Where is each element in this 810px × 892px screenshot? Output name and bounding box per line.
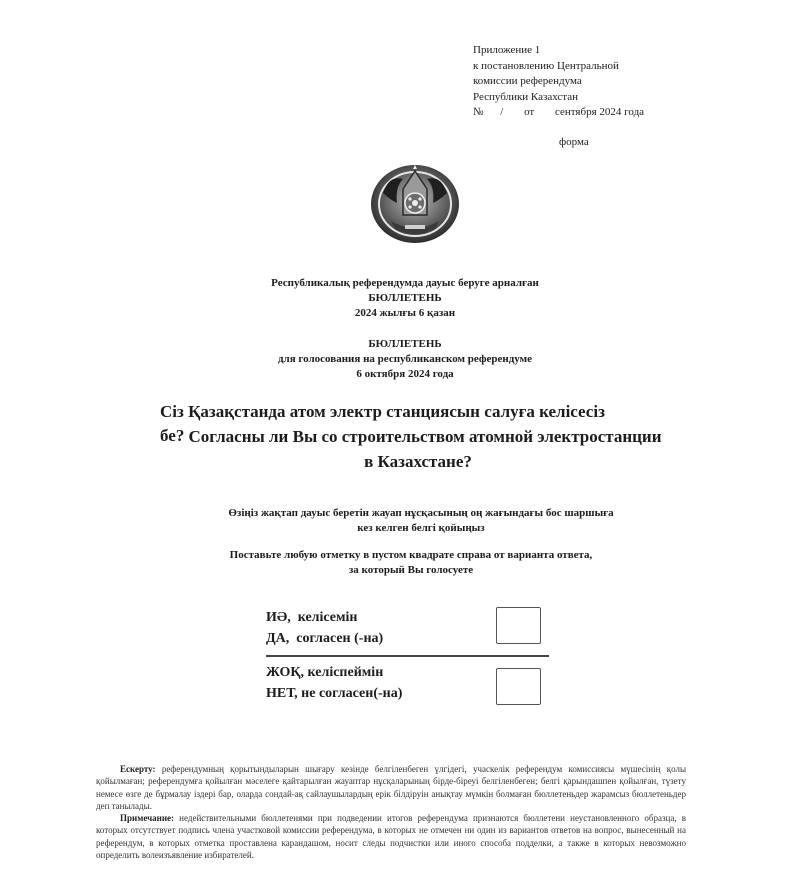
header-ru-date: 6 октября 2024 года [0, 367, 810, 382]
instructions-ru-line2: за который Вы голосуете [0, 563, 810, 578]
note-kz-label: Ескерту: [120, 764, 156, 774]
state-emblem-icon [369, 163, 461, 245]
note-ru-label: Примечание: [120, 813, 174, 823]
note-kz: Ескерту: референдумның қорытындыларын шы… [96, 763, 686, 812]
appendix-line: Республики Казахстан [473, 90, 644, 106]
checkbox-no[interactable] [496, 668, 541, 705]
options-divider [266, 655, 549, 657]
option-yes-ru: ДА, согласен (-на) [266, 628, 383, 649]
header-ru-title: БЮЛЛЕТЕНЬ [0, 337, 810, 352]
option-yes: ИӘ, келісемін ДА, согласен (-на) [266, 607, 383, 649]
header-kz-date: 2024 жылғы 6 қазан [0, 306, 810, 321]
note-ru: Примечание: недействительными бюллетеням… [96, 812, 686, 861]
date-prefix: от [524, 105, 534, 121]
note-ru-text: недействительными бюллетенями при подвед… [96, 813, 686, 860]
instructions-ru-line1: Поставьте любую отметку в пустом квадрат… [0, 548, 810, 563]
date-text: сентября 2024 года [555, 105, 644, 121]
option-no: ЖОҚ, келіспеймін НЕТ, не согласен(-на) [266, 662, 402, 704]
appendix-block: Приложение 1 к постановлению Центральной… [473, 43, 644, 121]
form-label: форма [559, 136, 589, 148]
appendix-line: комиссии референдума [473, 74, 644, 90]
instructions-kz: Өзіңіз жақтап дауыс беретін жауап нұсқас… [0, 506, 810, 535]
header-kz: Республикалық референдумда дауыс беруге … [0, 276, 810, 321]
notes-block: Ескерту: референдумның қорытындыларын шы… [96, 763, 686, 861]
option-no-ru: НЕТ, не согласен(-на) [266, 683, 402, 704]
header-kz-line: Республикалық референдумда дауыс беруге … [0, 276, 810, 291]
question-ru-line2: в Казахстане? [0, 450, 810, 474]
number-label: № [473, 105, 484, 121]
instructions-kz-line2: кез келген белгі қойыңыз [0, 521, 810, 536]
option-no-kz: ЖОҚ, келіспеймін [266, 662, 402, 683]
appendix-line: Приложение 1 [473, 43, 644, 59]
appendix-number-line: № / от сентября 2024 года [473, 105, 644, 121]
header-ru: БЮЛЛЕТЕНЬ для голосования на республикан… [0, 337, 810, 382]
note-kz-text: референдумның қорытындыларын шығару кезі… [96, 764, 686, 811]
instructions-kz-line1: Өзіңіз жақтап дауыс беретін жауап нұсқас… [0, 506, 810, 521]
appendix-line: к постановлению Центральной [473, 59, 644, 75]
checkbox-yes[interactable] [496, 607, 541, 644]
header-kz-title: БЮЛЛЕТЕНЬ [0, 291, 810, 306]
number-separator: / [500, 105, 503, 121]
header-ru-line: для голосования на республиканском рефер… [0, 352, 810, 367]
option-yes-kz: ИӘ, келісемін [266, 607, 383, 628]
question-ru-line1: Согласны ли Вы со строительством атомной… [0, 425, 810, 449]
instructions-ru: Поставьте любую отметку в пустом квадрат… [0, 548, 810, 577]
